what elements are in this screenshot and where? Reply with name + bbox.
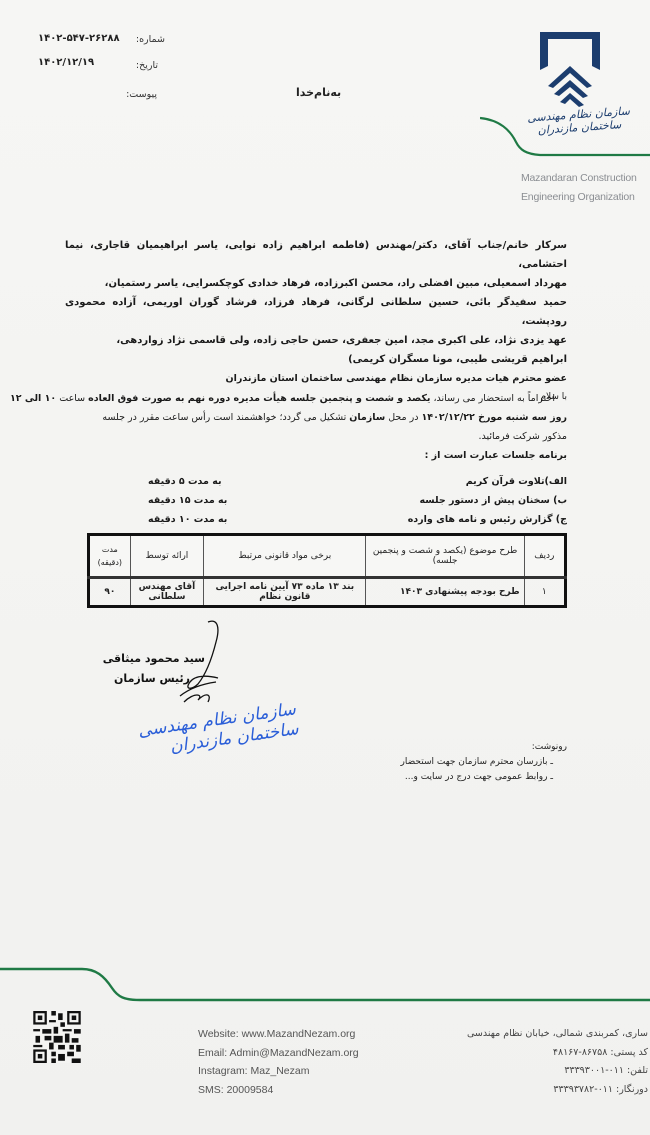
cc-item: ـ بازرسان محترم سازمان جهت استحضار [400,755,567,770]
qr-code-icon[interactable] [33,1011,81,1063]
table-header-row: ردیف طرح موضوع (یکصد و شصت و پنجمین جلسه… [89,535,566,578]
col-header-legal: برخی مواد قانونی مرتبط [204,535,366,578]
logo-green-wave-icon [480,110,650,160]
letter-page: شماره: ۱۴۰۲-۵۴۷-۲۶۲۸۸ تاریخ: ۱۴۰۲/۱۲/۱۹ … [0,0,650,1135]
footer-website-link[interactable]: Website: www.MazandNezam.org [198,1025,359,1044]
agenda-item: الف)تلاوت قرآن کریمبه مدت ۵ دقیقه [148,476,567,495]
cell-duration: ۹۰ [89,578,131,607]
recipient-line: سرکار خانم/جناب آقای، دکتر/مهندس (فاطمه … [65,236,567,274]
cc-block: رونوشت: ـ بازرسان محترم سازمان جهت استحض… [400,740,567,785]
bismillah: به‌نام‌خدا [296,86,341,99]
recipient-title: عضو محترم هیات مدیره سازمان نظام مهندسی … [65,369,567,388]
recipients-block: سرکار خانم/جناب آقای، دکتر/مهندس (فاطمه … [65,236,567,407]
cell-row: ۱ [524,578,565,607]
agenda-item: ج) گزارش رئیس و نامه های واردهبه مدت ۱۰ … [148,514,567,533]
agenda-list: الف)تلاوت قرآن کریمبه مدت ۵ دقیقه ب) سخن… [148,476,567,533]
footer-contact-en: Website: www.MazandNezam.org Email: Admi… [198,1025,359,1099]
recipient-line: حمید سفیدگر بائی، حسین سلطانی لرگانی، فر… [65,293,567,331]
cell-topic: طرح بودجه پیشنهادی ۱۴۰۳ [366,578,524,607]
col-header-duration: مدت (دقیقه) [89,535,131,578]
body-line-2: روز سه شنبه مورخ ۱۴۰۲/۱۲/۲۲ در محل سازما… [80,408,567,427]
col-header-topic: طرح موضوع (یکصد و شصت و پنجمین جلسه) [366,535,524,578]
col-header-row: ردیف [524,535,565,578]
col-header-presenter: ارائه توسط [130,535,204,578]
footer-fax: دورنگار: ۰۱۱-۳۳۳۹۳۷۸۲ [430,1081,648,1100]
agenda-table: ردیف طرح موضوع (یکصد و شصت و پنجمین جلسه… [87,533,567,608]
logo-emblem-icon [530,26,610,110]
number-label: شماره: [125,34,165,45]
table-row: ۱ طرح بودجه پیشنهادی ۱۴۰۳ بند ۱۳ ماده ۷۳… [89,578,566,607]
cell-presenter: آقای مهندس سلطانی [130,578,204,607]
handwritten-signature-icon [170,618,240,708]
footer-sms: SMS: 20009584 [198,1081,359,1100]
footer-postal-code: کد پستی: ۸۶۷۵۸-۴۸۱۶۷ [430,1044,648,1063]
cc-label: رونوشت: [400,740,567,755]
organization-stamp: سازمان نظام مهندسی ساختمان مازندران [96,699,300,766]
date-value: ۱۴۰۲/۱۲/۱۹ [38,57,108,68]
letter-body: احتراماً به استحضار می رساند، یکصد و شصت… [80,389,567,465]
recipient-line: مهرداد اسمعیلی، مبین افضلی راد، محسن اکب… [65,274,567,293]
number-value: ۱۴۰۲-۵۴۷-۲۶۲۸۸ [38,33,123,44]
logo-english-line1: Mazandaran Construction [521,172,637,184]
body-line-3: مذکور شرکت فرمائید. [80,427,567,446]
agenda-intro: برنامه جلسات عبارت است از : [80,446,567,465]
logo-english-line2: Engineering Organization [521,191,635,203]
footer-phone: تلفن: ۰۱۱-۳۳۳۹۳۰۰۱ [430,1062,648,1081]
agenda-item: ب) سخنان پیش از دستور جلسهبه مدت ۱۵ دقیق… [148,495,567,514]
footer-instagram: Instagram: Maz_Nezam [198,1062,359,1081]
footer-email-link[interactable]: Email: Admin@MazandNezam.org [198,1044,359,1063]
attachment-label: پیوست: [112,89,157,100]
footer-address: ساری، کمربندی شمالی، خیابان نظام مهندسی [430,1025,648,1044]
footer-green-wave-icon [0,966,650,1008]
cell-legal: بند ۱۳ ماده ۷۳ آیین نامه اجرایی قانون نظ… [204,578,366,607]
cc-item: ـ روابط عمومی جهت درج در سایت و... [400,770,567,785]
recipient-line: ابراهیم قریشی طیبی، مونا مسگران کریمی) [65,350,567,369]
recipient-line: عهد یزدی نژاد، علی اکبری مجد، امین جعفری… [65,331,567,350]
footer-contact-fa: ساری، کمربندی شمالی، خیابان نظام مهندسی … [430,1025,648,1099]
date-label: تاریخ: [118,60,158,71]
body-line-1: احتراماً به استحضار می رساند، یکصد و شصت… [80,389,567,408]
